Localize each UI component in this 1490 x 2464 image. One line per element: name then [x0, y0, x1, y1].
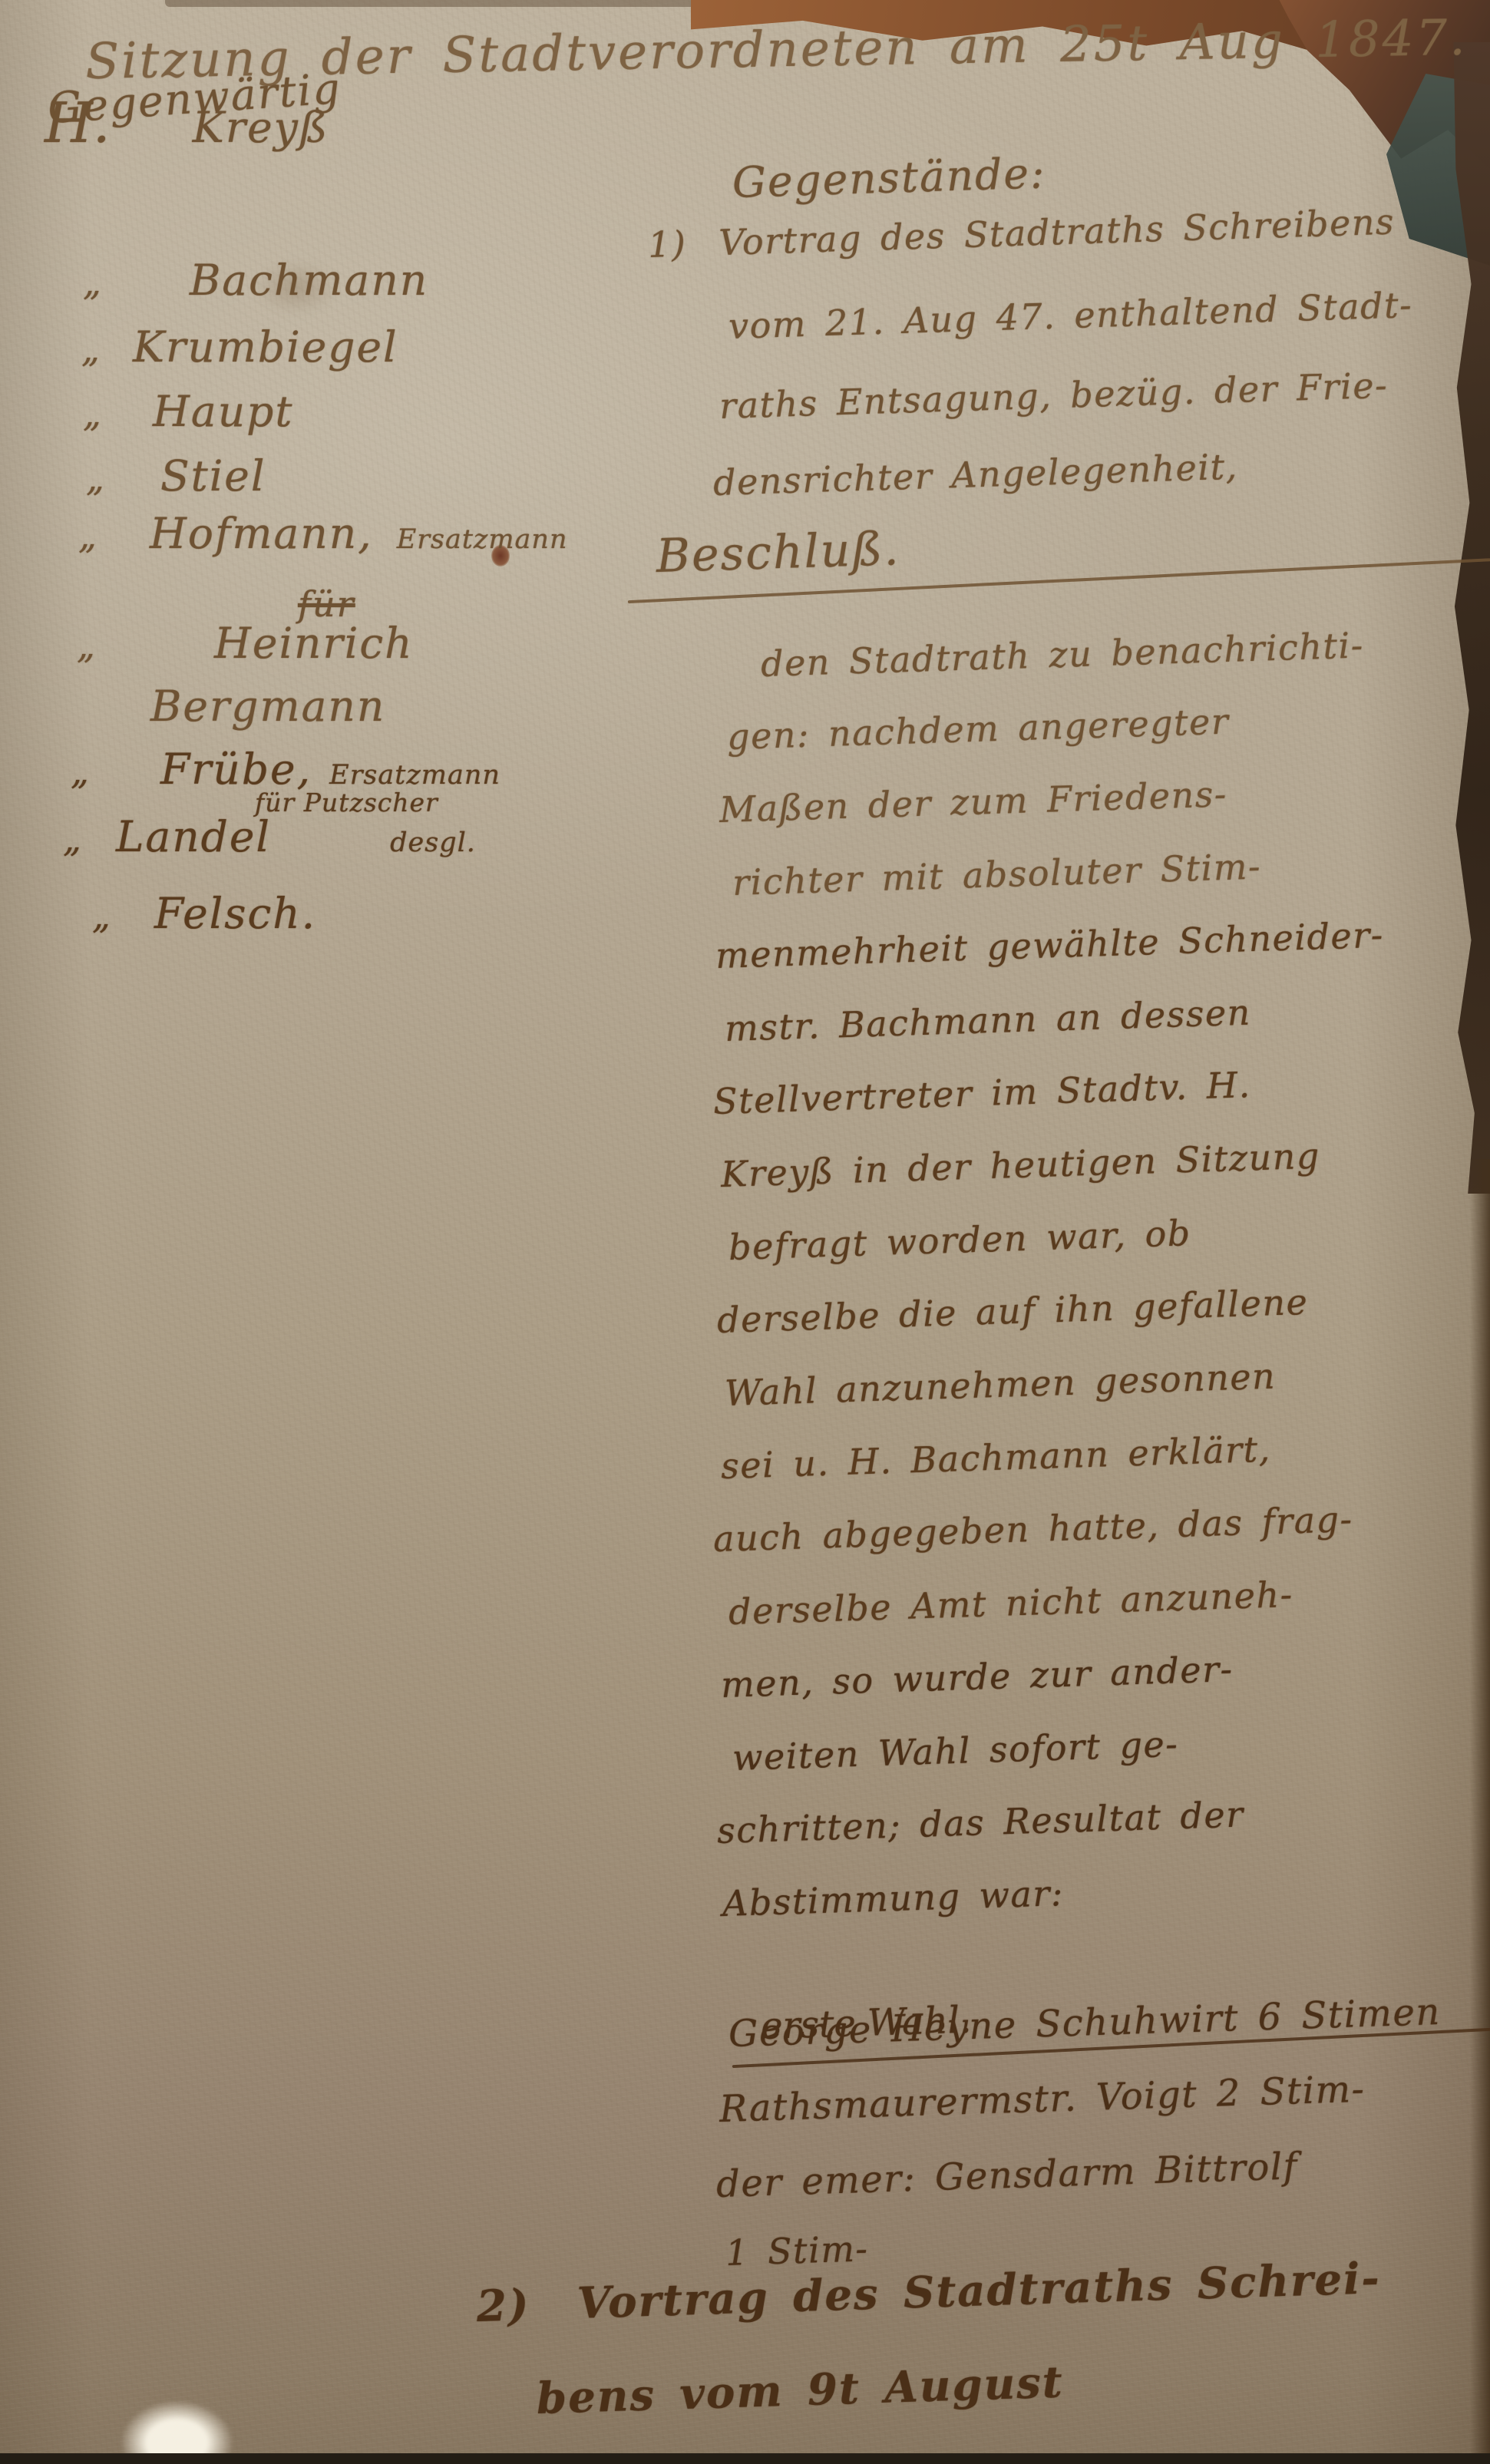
attendee-name: Bachmann — [190, 256, 428, 305]
attendee-row: „ Heinrich — [77, 619, 414, 668]
manuscript-line: den Stadtrath zu benachrichti- — [760, 624, 1364, 685]
attendee-row: Bergmann — [150, 682, 385, 731]
ditto-mark: „ — [78, 515, 97, 557]
attendee-name: Frübe, — [160, 745, 312, 794]
attendee-name: Hofmann, — [150, 509, 373, 558]
manuscript-line: Kreyß in der heutigen Sitzung — [720, 1135, 1320, 1195]
manuscript-line: menmehrheit gewählte Schneider- — [715, 914, 1384, 976]
manuscript-line: derselbe Amt nicht anzuneh- — [728, 1574, 1293, 1633]
attendee-name: Haupt — [153, 387, 294, 436]
manuscript-line: schritten; das Resultat der — [716, 1793, 1244, 1851]
manuscript-line: derselbe die auf ihn gefallene — [716, 1281, 1309, 1341]
attendee-name: Bergmann — [150, 682, 385, 731]
manuscript-line: auch abgegeben hatte, das frag- — [712, 1498, 1353, 1560]
right-edge-shadow — [1470, 1159, 1490, 2464]
vote-result-line: 1 Stim- — [725, 2228, 869, 2274]
attendee-mark: H. — [45, 91, 111, 155]
attendee-name: Heinrich — [214, 619, 414, 668]
bottom-edge — [0, 2453, 1490, 2464]
manuscript-line: Abstimmung war: — [722, 1872, 1064, 1924]
attendee-row: „ Frübe, Ersatzmann — [71, 745, 501, 794]
manuscript-line: Wahl anzunehmen gesonnen — [724, 1355, 1277, 1414]
manuscript-line: bens vom 9t August — [536, 2357, 1065, 2424]
manuscript-line: densrichter Angelegenheit, — [712, 446, 1238, 504]
attendee-name: Stiel — [160, 451, 266, 500]
item2-number: 2) — [476, 2280, 531, 2332]
manuscript-line: befragt worden war, ob — [728, 1212, 1191, 1268]
manuscript-line: mstr. Bachmann an dessen — [724, 991, 1251, 1049]
ditto-mark: „ — [77, 625, 95, 666]
manuscript-line: gen: nachdem angeregter — [726, 700, 1230, 758]
ditto-mark: „ — [81, 329, 100, 370]
attendee-note: desgl. — [390, 827, 476, 858]
top-edge-shadow — [165, 0, 741, 7]
attendee-note: Ersatzmann — [397, 524, 568, 555]
attendee-row: H. Kreyß — [45, 91, 329, 155]
item1-number: 1) — [647, 223, 687, 266]
agenda-heading: Gegenstände: — [732, 148, 1046, 207]
attendee-name: Kreyß — [193, 103, 329, 152]
vote-result-line: Rathsmaurermstr. Voigt 2 Stim- — [719, 2068, 1366, 2131]
ditto-mark: „ — [83, 393, 101, 434]
attendee-row: „ Landel desgl. — [63, 812, 476, 861]
manuscript-line: sei u. H. Bachmann erklärt, — [720, 1429, 1271, 1487]
ditto-mark: „ — [86, 457, 104, 499]
ditto-mark: „ — [63, 818, 81, 860]
manuscript-line: weiten Wahl sofort ge- — [732, 1723, 1179, 1779]
manuscript-line: Vortrag des Stadtraths Schrei- — [577, 2253, 1382, 2329]
ditto-mark: „ — [71, 751, 89, 792]
manuscript-page: Sitzung der Stadtverordneten am 25t Aug … — [0, 0, 1490, 2464]
manuscript-line: richter mit absoluter Stim- — [732, 845, 1261, 903]
manuscript-line: vom 21. Aug 47. enthaltend Stadt- — [728, 284, 1413, 347]
manuscript-line: men, so wurde zur ander- — [720, 1648, 1234, 1706]
vote-result-line: der emer: Gensdarm Bittrolf — [715, 2145, 1298, 2206]
ditto-mark: „ — [92, 895, 111, 936]
agenda-item-1: 1) Vortrag des Stadtraths Schreibens — [647, 200, 1395, 266]
attendee-row: „ Stiel — [86, 451, 266, 500]
attendee-row: „ Hofmann, Ersatzmann — [78, 509, 568, 558]
attendee-note: Ersatzmann — [329, 760, 501, 791]
attendee-name: Krumbiegel — [133, 322, 398, 372]
attendee-row: „ Felsch. — [92, 889, 316, 938]
attendee-row: „ Krumbiegel — [81, 322, 398, 372]
attendee-row: „ Bachmann — [83, 256, 428, 305]
manuscript-line: raths Entsagung, bezüg. der Frie- — [719, 365, 1389, 427]
ditto-mark: „ — [83, 262, 101, 303]
manuscript-line: Vortrag des Stadtraths Schreibens — [719, 200, 1396, 263]
attendee-name: Landel — [116, 812, 271, 861]
attendee-row: „ Haupt — [83, 387, 293, 436]
manuscript-line: Stellvertreter im Stadtv. H. — [712, 1064, 1251, 1122]
attendee-name: Felsch. — [154, 889, 316, 938]
agenda-item-2: 2) Vortrag des Stadtraths Schrei- — [476, 2253, 1382, 2332]
manuscript-line: Maßen der zum Friedens- — [719, 773, 1227, 831]
